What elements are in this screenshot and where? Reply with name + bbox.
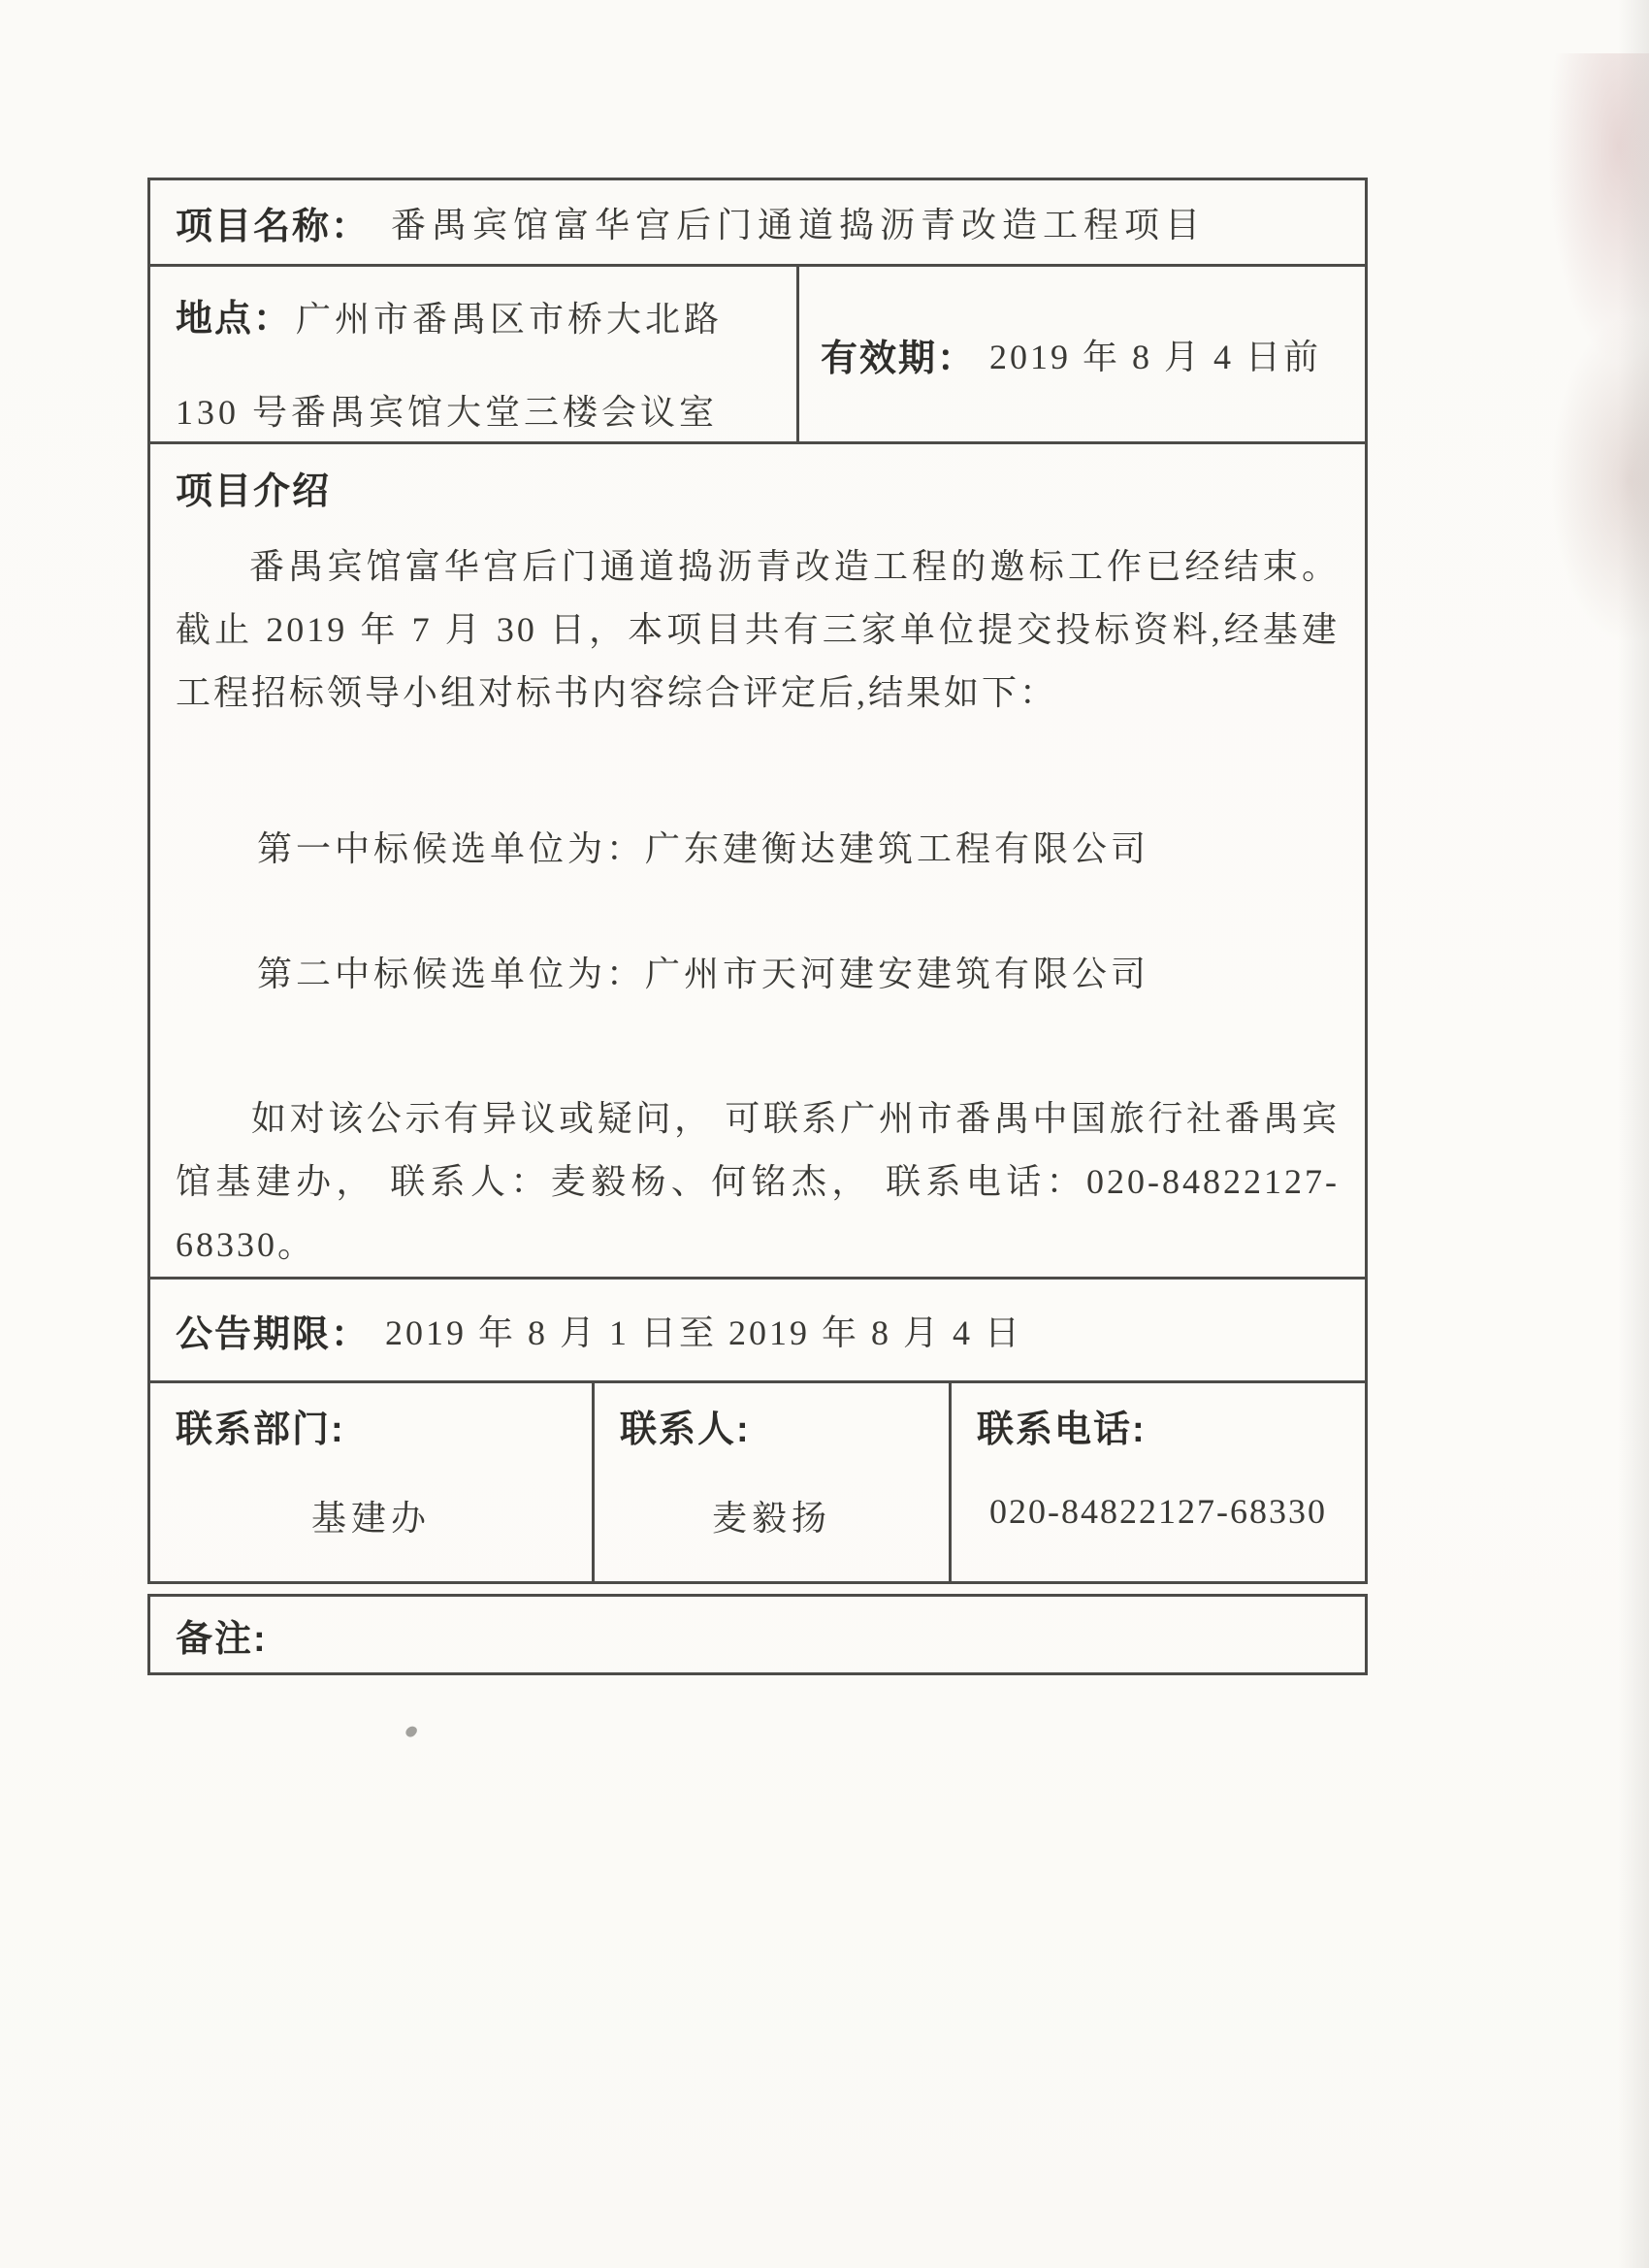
contact-person-label: 联系人: (595, 1399, 949, 1452)
notice-period-row: 公告期限： 2019 年 8 月 1 日至 2019 年 8 月 4 日 (150, 1280, 1365, 1380)
intro-paragraph: 番禺宾馆富华宫后门通道捣沥青改造工程的邀标工作已经结束。截止 2019 年 7 … (176, 535, 1340, 725)
project-name-value: 番禺宾馆富华宫后门通道捣沥青改造工程项目 (391, 198, 1206, 247)
contact-phone-cell: 联系电话: 020-84822127-68330 (949, 1383, 1365, 1581)
project-intro-cell: 项目介绍 番禺宾馆富华宫后门通道捣沥青改造工程的邀标工作已经结束。截止 2019… (150, 444, 1365, 1280)
notice-period-value: 2019 年 8 月 1 日至 2019 年 8 月 4 日 (385, 1306, 1022, 1355)
contact-department-label: 联系部门: (150, 1399, 592, 1452)
contact-department-cell: 联系部门: 基建办 (150, 1383, 592, 1581)
location-value-line1: 广州市番禺区市桥大北路 (296, 300, 723, 339)
project-name-label: 项目名称： (176, 196, 370, 249)
location-line-2: 130 号番禺宾馆大堂三楼会议室 (176, 370, 777, 463)
scan-smudge-artifact (1547, 53, 1649, 364)
objection-contact-paragraph: 如对该公示有异议或疑问， 可联系广州市番禺中国旅行社番禺宾馆基建办， 联系人：麦… (176, 1087, 1340, 1277)
second-candidate-line: 第二中标候选单位为：广州市天河建安建筑有限公司 (176, 943, 1340, 1006)
location-label: 地点： (176, 299, 292, 340)
scan-smudge-artifact (1552, 320, 1649, 640)
remark-label: 备注: (176, 1608, 268, 1662)
project-intro-heading: 项目介绍 (176, 468, 1340, 516)
contact-person-cell: 联系人: 麦毅扬 (592, 1383, 949, 1581)
contact-department-value: 基建办 (150, 1491, 592, 1540)
contact-phone-value: 020-84822127-68330 (952, 1491, 1365, 1532)
notice-period-label: 公告期限： (176, 1304, 370, 1357)
location-value-line2: 130 号番禺宾馆大堂三楼会议室 (176, 393, 718, 432)
validity-label: 有效期： (821, 328, 976, 381)
contact-person-value: 麦毅扬 (595, 1491, 949, 1540)
location-cell: 地点： 广州市番禺区市桥大北路 130 号番禺宾馆大堂三楼会议室 (150, 267, 796, 441)
first-candidate-line: 第一中标候选单位为：广东建衡达建筑工程有限公司 (176, 818, 1340, 881)
validity-value: 2019 年 8 月 4 日前 (989, 330, 1321, 379)
announcement-table: 项目名称： 番禺宾馆富华宫后门通道捣沥青改造工程项目 地点： 广州市番禺区市桥大… (147, 178, 1368, 1584)
location-line-1: 地点： 广州市番禺区市桥大北路 (176, 276, 777, 370)
remark-row: 备注: (147, 1594, 1368, 1675)
scan-edge-shadow (1618, 0, 1649, 2268)
location-validity-row: 地点： 广州市番禺区市桥大北路 130 号番禺宾馆大堂三楼会议室 有效期： 20… (150, 267, 1365, 444)
contact-phone-label: 联系电话: (952, 1399, 1365, 1452)
contacts-row: 联系部门: 基建办 联系人: 麦毅扬 联系电话: 020-84822127-68… (150, 1380, 1365, 1581)
validity-cell: 有效期： 2019 年 8 月 4 日前 (796, 267, 1365, 441)
stray-ink-mark (404, 1724, 418, 1739)
project-name-row: 项目名称： 番禺宾馆富华宫后门通道捣沥青改造工程项目 (150, 180, 1365, 267)
scanned-document-page: 项目名称： 番禺宾馆富华宫后门通道捣沥青改造工程项目 地点： 广州市番禺区市桥大… (0, 0, 1649, 2268)
